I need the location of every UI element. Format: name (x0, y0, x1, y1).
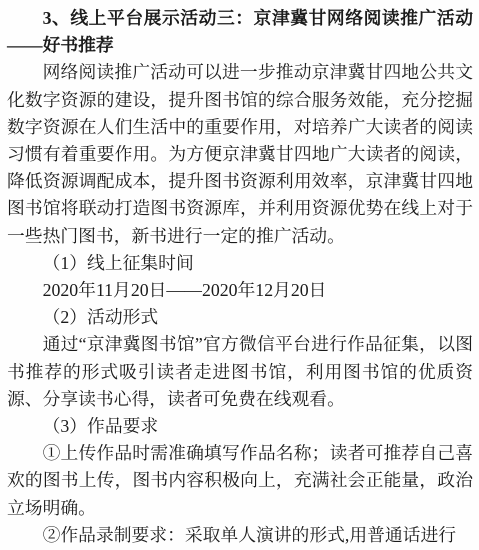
work-requirement-1-paragraph: ①上传作品时需准确填写作品名称；读者可推荐自己喜欢的图书上传，图书内容积极向上，… (7, 440, 473, 522)
work-requirement-2-paragraph: ②作品录制要求：采取单人演讲的形式,用普通话进行 (7, 522, 473, 549)
intro-paragraph: 网络阅读推广活动可以进一步推动京津冀甘四地公共文化数字资源的建设，提升图书馆的综… (7, 59, 473, 249)
item-2-heading-activity-format: （2）活动形式 (7, 304, 473, 331)
section-heading: 3、线上平台展示活动三：京津冀甘网络阅读推广活动——好书推荐 (7, 5, 473, 59)
collection-period-dates: 2020年11月20日——2020年12月20日 (7, 277, 473, 304)
item-3-heading-work-requirements: （3）作品要求 (7, 413, 473, 440)
activity-format-paragraph: 通过“京津冀图书馆”官方微信平台进行作品征集，以图书推荐的形式吸引读者走进图书馆… (7, 331, 473, 413)
item-1-heading-collection-time: （1）线上征集时间 (7, 250, 473, 277)
document-page: 3、线上平台展示活动三：京津冀甘网络阅读推广活动——好书推荐 网络阅读推广活动可… (0, 0, 479, 550)
